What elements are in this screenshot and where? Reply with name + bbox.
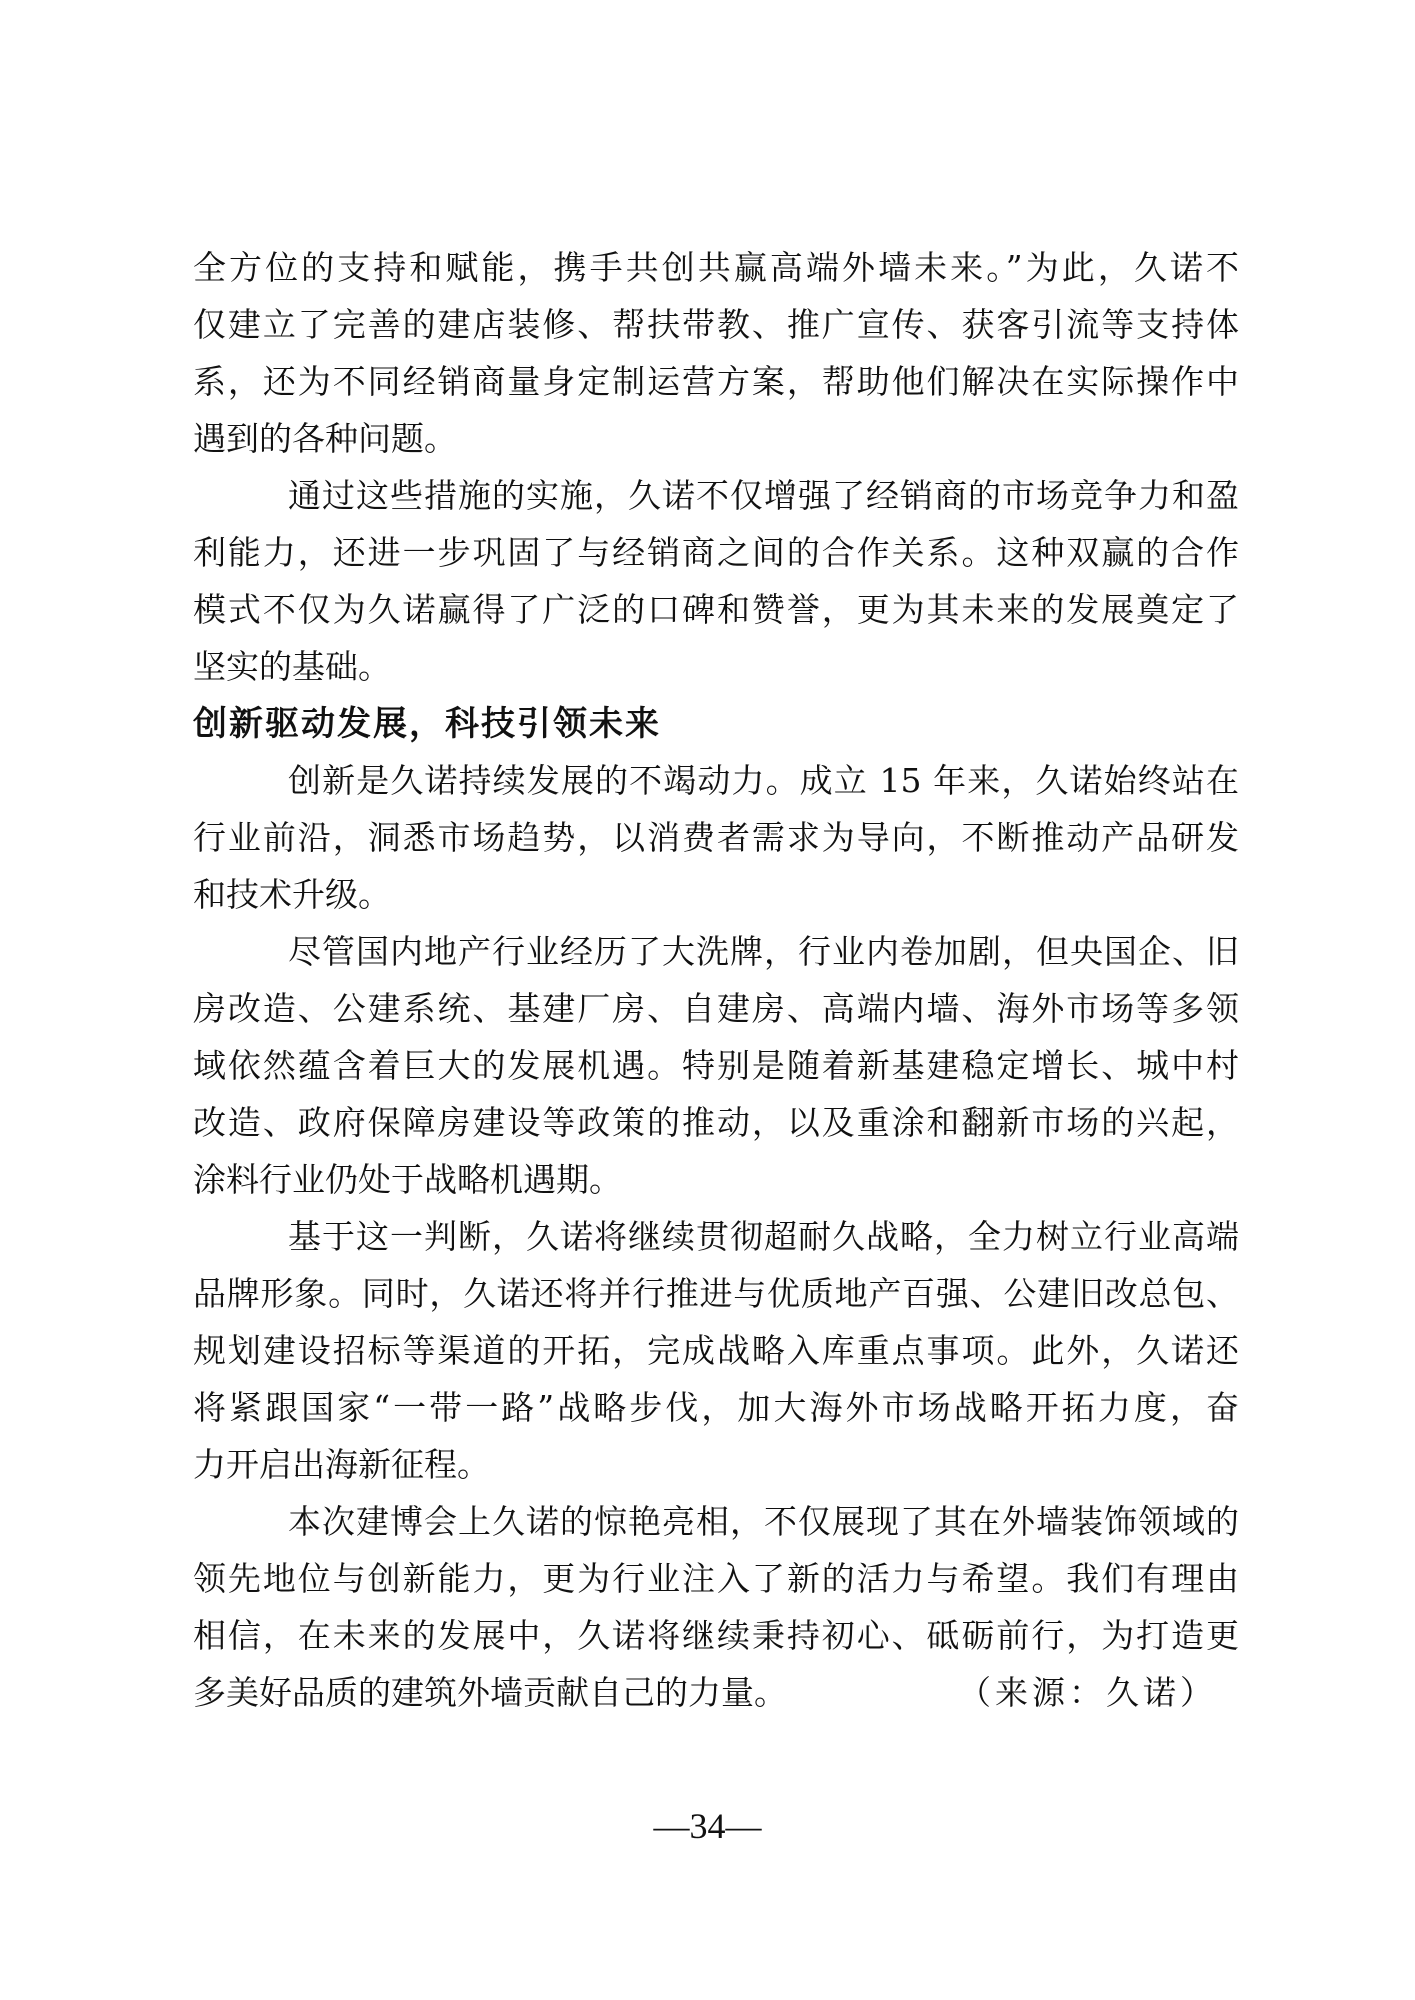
- text-line: 和技术升级。: [193, 871, 1239, 928]
- text-line: 坚实的基础。: [193, 643, 1239, 700]
- text-line: 相信，在未来的发展中，久诺将继续秉持初心、砥砺前行，为打造更: [193, 1612, 1239, 1669]
- text-line: 基于这一判断，久诺将继续贯彻超耐久战略，全力树立行业高端: [193, 1213, 1239, 1270]
- text-line: 力开启出海新征程。: [193, 1441, 1239, 1498]
- section-heading: 创新驱动发展，科技引领未来: [193, 700, 1239, 757]
- paragraph: 基于这一判断，久诺将继续贯彻超耐久战略，全力树立行业高端 品牌形象。同时，久诺还…: [193, 1213, 1239, 1498]
- source-attribution: （来源：久诺）: [958, 1669, 1217, 1726]
- text-line: 通过这些措施的实施，久诺不仅增强了经销商的市场竞争力和盈: [193, 472, 1239, 529]
- paragraph: 尽管国内地产行业经历了大洗牌，行业内卷加剧，但央国企、旧 房改造、公建系统、基建…: [193, 928, 1239, 1213]
- text-line: 尽管国内地产行业经历了大洗牌，行业内卷加剧，但央国企、旧: [193, 928, 1239, 985]
- closing-sentence: 多美好品质的建筑外墙贡献自己的力量。: [193, 1669, 787, 1726]
- document-page: 全方位的支持和赋能，携手共创共赢高端外墙未来。”为此，久诺不 仅建立了完善的建店…: [0, 0, 1415, 2000]
- text-line: 系，还为不同经销商量身定制运营方案，帮助他们解决在实际操作中: [193, 358, 1239, 415]
- text-line: 域依然蕴含着巨大的发展机遇。特别是随着新基建稳定增长、城中村: [193, 1042, 1239, 1099]
- article-body: 全方位的支持和赋能，携手共创共赢高端外墙未来。”为此，久诺不 仅建立了完善的建店…: [193, 244, 1239, 1726]
- text-line: 品牌形象。同时，久诺还将并行推进与优质地产百强、公建旧改总包、: [193, 1270, 1239, 1327]
- text-line: 全方位的支持和赋能，携手共创共赢高端外墙未来。”为此，久诺不: [193, 244, 1239, 301]
- page-number: —34—: [0, 1806, 1415, 1846]
- paragraph: 全方位的支持和赋能，携手共创共赢高端外墙未来。”为此，久诺不 仅建立了完善的建店…: [193, 244, 1239, 472]
- text-line: 仅建立了完善的建店装修、帮扶带教、推广宣传、获客引流等支持体: [193, 301, 1239, 358]
- text-line: 利能力，还进一步巩固了与经销商之间的合作关系。这种双赢的合作: [193, 529, 1239, 586]
- text-line: 遇到的各种问题。: [193, 415, 1239, 472]
- text-line: 本次建博会上久诺的惊艳亮相，不仅展现了其在外墙装饰领域的: [193, 1498, 1239, 1555]
- text-line: 规划建设招标等渠道的开拓，完成战略入库重点事项。此外，久诺还: [193, 1327, 1239, 1384]
- paragraph: 创新是久诺持续发展的不竭动力。成立 15 年来，久诺始终站在 行业前沿，洞悉市场…: [193, 757, 1239, 928]
- text-line: 模式不仅为久诺赢得了广泛的口碑和赞誉，更为其未来的发展奠定了: [193, 586, 1239, 643]
- paragraph: 通过这些措施的实施，久诺不仅增强了经销商的市场竞争力和盈 利能力，还进一步巩固了…: [193, 472, 1239, 700]
- text-line: 改造、政府保障房建设等政策的推动，以及重涂和翻新市场的兴起，: [193, 1099, 1239, 1156]
- text-line: 创新是久诺持续发展的不竭动力。成立 15 年来，久诺始终站在: [193, 757, 1239, 814]
- text-line: 涂料行业仍处于战略机遇期。: [193, 1156, 1239, 1213]
- text-line: 房改造、公建系统、基建厂房、自建房、高端内墙、海外市场等多领: [193, 985, 1239, 1042]
- text-line: 领先地位与创新能力，更为行业注入了新的活力与希望。我们有理由: [193, 1555, 1239, 1612]
- paragraph: 本次建博会上久诺的惊艳亮相，不仅展现了其在外墙装饰领域的 领先地位与创新能力，更…: [193, 1498, 1239, 1726]
- text-line: 行业前沿，洞悉市场趋势，以消费者需求为导向，不断推动产品研发: [193, 814, 1239, 871]
- text-line: 多美好品质的建筑外墙贡献自己的力量。 （来源：久诺）: [193, 1669, 1239, 1726]
- text-line: 将紧跟国家“一带一路”战略步伐，加大海外市场战略开拓力度，奋: [193, 1384, 1239, 1441]
